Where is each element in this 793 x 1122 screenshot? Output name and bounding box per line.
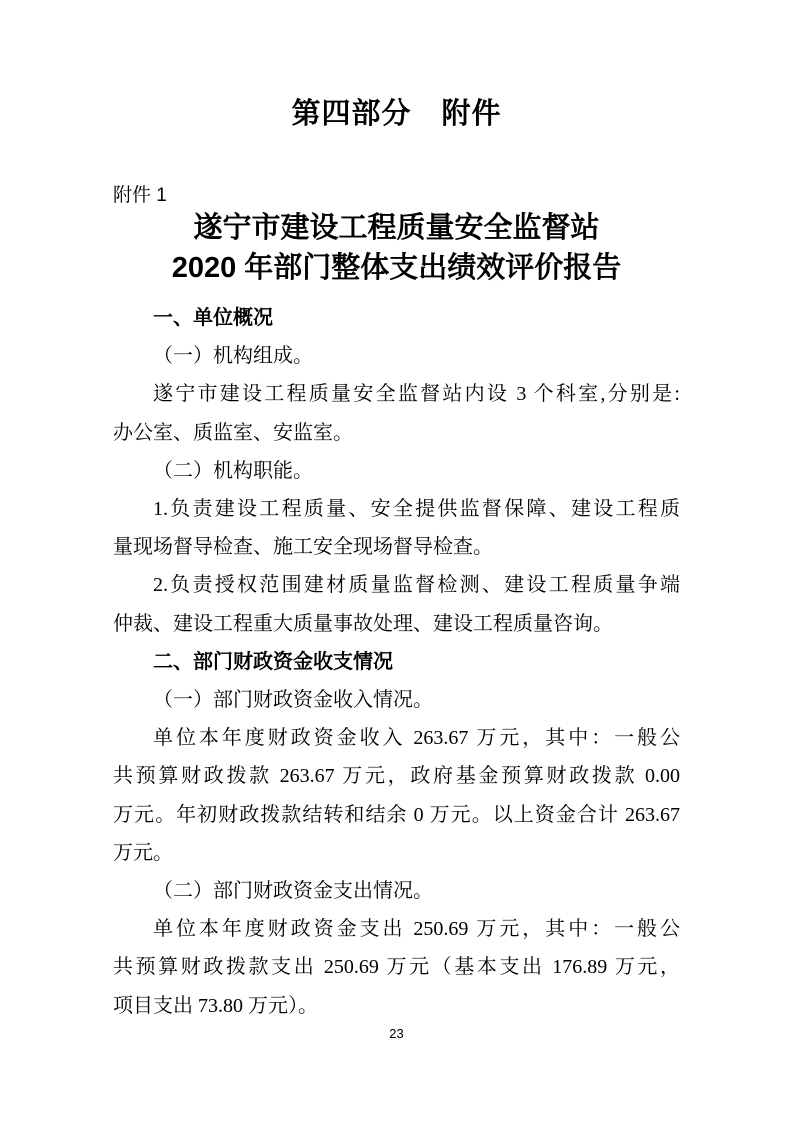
body-line: 1.负责建设工程质量、安全提供监督保障、建设工程质: [113, 490, 680, 528]
body-line: 项目支出 73.80 万元）。: [113, 987, 680, 1025]
body-line: 2.负责授权范围建材质量监督检测、建设工程质量争端: [113, 566, 680, 604]
body-lines: 一、单位概况（一）机构组成。遂宁市建设工程质量安全监督站内设 3 个科室,分别是…: [113, 299, 680, 1025]
doc-title-line2: 2020 年部门整体支出绩效评价报告: [113, 248, 680, 288]
body-line: 单位本年度财政资金支出 250.69 万元，其中：一般公: [113, 910, 680, 948]
body-line: （二）机构职能。: [113, 452, 680, 490]
body-line: 共预算财政拨款 263.67 万元，政府基金预算财政拨款 0.00: [113, 757, 680, 795]
body-line: 共预算财政拨款支出 250.69 万元（基本支出 176.89 万元，: [113, 948, 680, 986]
page-content: 第四部分 附件 附件 1 遂宁市建设工程质量安全监督站 2020 年部门整体支出…: [113, 0, 680, 1042]
body-line: 一、单位概况: [113, 299, 680, 337]
body-line: （一）机构组成。: [113, 337, 680, 375]
body-line: 万元。年初财政拨款结转和结余 0 万元。以上资金合计 263.67: [113, 796, 680, 834]
body-line: 万元。: [113, 834, 680, 872]
body-line: （一）部门财政资金收入情况。: [113, 681, 680, 719]
body-line: 遂宁市建设工程质量安全监督站内设 3 个科室,分别是:: [113, 375, 680, 413]
document-page: 第四部分 附件 附件 1 遂宁市建设工程质量安全监督站 2020 年部门整体支出…: [0, 0, 793, 1122]
doc-title-line1: 遂宁市建设工程质量安全监督站: [113, 208, 680, 248]
body-line: 办公室、质监室、安监室。: [113, 414, 680, 452]
part-title: 第四部分 附件: [113, 94, 680, 134]
body-line: 仲裁、建设工程重大质量事故处理、建设工程质量咨询。: [113, 605, 680, 643]
body-line: 量现场督导检查、施工安全现场督导检查。: [113, 528, 680, 566]
attachment-label: 附件 1: [113, 184, 680, 208]
page-number: 23: [113, 1026, 680, 1042]
body-line: 单位本年度财政资金收入 263.67 万元，其中：一般公: [113, 719, 680, 757]
body-line: （二）部门财政资金支出情况。: [113, 872, 680, 910]
body-line: 二、部门财政资金收支情况: [113, 643, 680, 681]
